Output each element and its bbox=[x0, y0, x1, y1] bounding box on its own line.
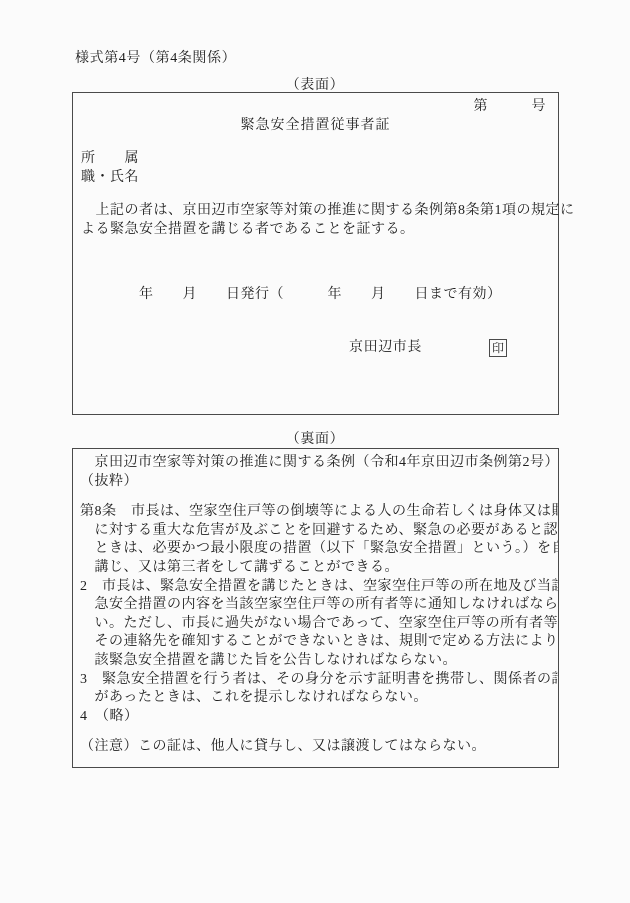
certificate-front-box: 第 号 緊急安全措置従事者証 所 属 職・氏名 上記の者は、京田辺市空家等対策の… bbox=[72, 92, 559, 415]
text-line: 該緊急安全措置を講じた旨を公告しなければならない。 bbox=[80, 652, 551, 671]
text-line: 上記の者は、京田辺市空家等対策の推進に関する条例第8条第1項の規定に bbox=[81, 201, 550, 220]
spacer bbox=[81, 135, 550, 149]
certificate-number: 第 号 bbox=[81, 97, 550, 116]
spacer bbox=[81, 239, 550, 285]
certificate-back-box: 京田辺市空家等対策の推進に関する条例（令和4年京田辺市条例第2号）（抜粋） 第8… bbox=[72, 448, 559, 768]
document-page: 様式第4号（第4条関係） （表面） 第 号 緊急安全措置従事者証 所 属 職・氏… bbox=[0, 0, 630, 903]
official-seal-placeholder: 印 bbox=[489, 339, 507, 357]
text-line: その連絡先を確知することができないときは、規則で定める方法により、当 bbox=[80, 633, 551, 652]
text-line: 4 （略） bbox=[80, 708, 551, 727]
front-side-label: （表面） bbox=[0, 74, 630, 94]
spacer bbox=[81, 304, 550, 338]
text-line bbox=[80, 491, 551, 503]
ordinance-excerpt-text: 京田辺市空家等対策の推進に関する条例（令和4年京田辺市条例第2号）（抜粋） 第8… bbox=[80, 454, 551, 757]
text-line: よる緊急安全措置を講じる者であることを証する。 bbox=[81, 220, 550, 239]
text-line: 2 市長は、緊急安全措置を講じたときは、空家空住戸等の所在地及び当該緊 bbox=[80, 578, 551, 597]
mayor-label: 京田辺市長 bbox=[349, 338, 422, 357]
back-side-label: （裏面） bbox=[0, 428, 630, 448]
affiliation-label: 所 属 bbox=[81, 149, 550, 168]
certificate-body: 上記の者は、京田辺市空家等対策の推進に関する条例第8条第1項の規定による緊急安全… bbox=[81, 201, 550, 239]
text-line: 3 緊急安全措置を行う者は、その身分を示す証明書を携帯し、関係者の請求 bbox=[80, 671, 551, 690]
text-line: 京田辺市空家等対策の推進に関する条例（令和4年京田辺市条例第2号） bbox=[80, 454, 551, 473]
position-name-label: 職・氏名 bbox=[81, 168, 550, 187]
text-line: 講じ、又は第三者をして講ずることができる。 bbox=[80, 559, 551, 578]
form-number-label: 様式第4号（第4条関係） bbox=[75, 47, 236, 67]
mayor-signature-line: 京田辺市長 印 bbox=[81, 338, 550, 357]
text-line: （抜粋） bbox=[80, 473, 551, 492]
spacer bbox=[81, 187, 550, 201]
text-line: に対する重大な危害が及ぶことを回避するため、緊急の必要があると認める bbox=[80, 522, 551, 541]
text-line: （注意）この証は、他人に貸与し、又は譲渡してはならない。 bbox=[80, 738, 551, 757]
text-line: い。ただし、市長に過失がない場合であって、空家空住戸等の所有者等又は bbox=[80, 615, 551, 634]
text-line: 第8条 市長は、空家空住戸等の倒壊等による人の生命若しくは身体又は財産 bbox=[80, 503, 551, 522]
certificate-title: 緊急安全措置従事者証 bbox=[81, 116, 550, 135]
text-line: 急安全措置の内容を当該空家空住戸等の所有者等に通知しなければならな bbox=[80, 596, 551, 615]
issue-date-line: 年 月 日発行（ 年 月 日まで有効） bbox=[81, 285, 550, 304]
text-line bbox=[80, 726, 551, 738]
text-line: があったときは、これを提示しなければならない。 bbox=[80, 689, 551, 708]
text-line: ときは、必要かつ最小限度の措置（以下「緊急安全措置」という。）を自ら bbox=[80, 540, 551, 559]
